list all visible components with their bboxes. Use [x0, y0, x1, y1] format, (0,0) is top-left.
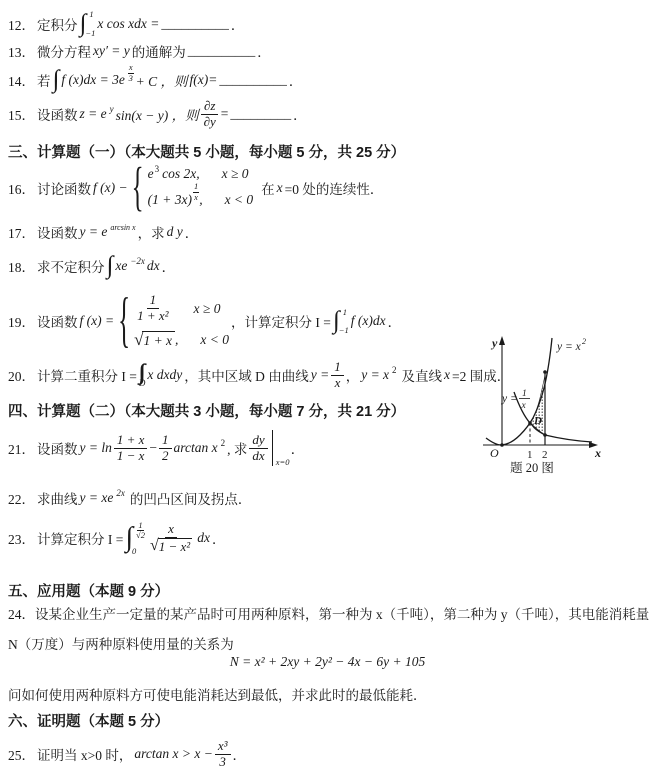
- numerator: ∂z: [201, 99, 218, 115]
- math-expression: x: [444, 367, 450, 383]
- lower-limit: 0: [132, 547, 145, 556]
- parabola-label-exponent: 2: [582, 337, 586, 346]
- intersection-point: [528, 421, 532, 425]
- question-text: 的凹凸区间及拐点．: [130, 488, 252, 508]
- period: ．: [231, 14, 245, 34]
- evaluation-bar: x=0: [272, 430, 289, 466]
- tick-2: 2: [542, 449, 548, 461]
- section-6-header: 六、证明题（本题 5 分）: [8, 710, 169, 731]
- math-expression: xe: [115, 258, 127, 274]
- question-text: 设某企业生产一定量的某产品时可用两种原料，第一种为 x（千吨），第二种为 y（千…: [8, 607, 649, 652]
- exponent: arcsin x: [110, 223, 135, 232]
- lower-limit: −1: [85, 29, 95, 38]
- hyperbola-label-numerator: 1: [522, 389, 527, 399]
- minus-sign: −: [149, 440, 157, 456]
- question-23: 23． 计算定积分 I = ∫ 1 √2 0 x √ 1 − x² dx ．: [8, 518, 225, 558]
- math-expression: (1 + 3x): [148, 192, 192, 208]
- denominator: 1 + x²: [134, 309, 171, 324]
- question-text: 求不定积分: [37, 256, 105, 276]
- question-25: 25． 证明当 x>0 时， arctan x > x − x³ 3 ．: [8, 736, 246, 772]
- origin-label: O: [490, 446, 499, 460]
- denominator: √ 1 − x²: [147, 538, 195, 555]
- question-text: 在: [261, 178, 275, 198]
- cases-brace: {: [118, 290, 130, 351]
- region-d-label: D: [533, 415, 542, 427]
- question-text: 若: [37, 70, 51, 90]
- exponent: 2: [392, 365, 397, 375]
- math-expression: dx: [197, 530, 210, 546]
- numerator: 1 + x: [114, 433, 148, 449]
- question-number: 16．: [8, 178, 35, 198]
- partial-derivative-fraction: ∂z ∂y: [201, 99, 219, 130]
- period: ．: [289, 70, 303, 90]
- upper-limit: 1: [89, 10, 95, 19]
- piecewise-cases: e 3 cos 2x, x ≥ 0 (1 + 3x) 1 x , x < 0: [148, 166, 254, 210]
- numerator: 1: [159, 433, 172, 449]
- period: ．: [293, 104, 307, 124]
- numerator: x³: [215, 739, 231, 755]
- case-expression: √ 1 + x ,: [134, 331, 178, 349]
- answer-blank: _________: [230, 106, 291, 122]
- question-text: 微分方程: [37, 41, 91, 61]
- numerator: x: [165, 522, 177, 538]
- question-number: 19．: [8, 311, 35, 331]
- period: ．: [162, 256, 176, 276]
- numerator: x: [128, 63, 134, 74]
- fraction: 1 x: [331, 360, 344, 391]
- math-expression: x cos xdx =: [97, 16, 159, 32]
- fraction: x³ 3: [215, 739, 231, 770]
- question-text: 定积分: [37, 14, 78, 34]
- question-number: 22．: [8, 488, 35, 508]
- numerator: 1: [331, 360, 344, 376]
- question-21: 21． 设函数 y = ln 1 + x 1 − x − 1 2 arctan …: [8, 428, 304, 468]
- figure-caption: 题 20 图: [510, 461, 554, 475]
- exam-paper-page: 12． 定积分 ∫ 1 −1 x cos xdx = __________ ． …: [0, 0, 655, 777]
- case-condition: x < 0: [200, 332, 229, 348]
- hyperbola-label: y =: [501, 393, 518, 405]
- math-expression: y = x: [361, 367, 389, 383]
- case-row: e 3 cos 2x, x ≥ 0: [148, 166, 254, 182]
- math-expression: y =: [311, 367, 329, 383]
- upper-limit: 1: [343, 308, 349, 317]
- section-4-header: 四、计算题（二）（本大题共 3 小题，每小题 7 分，共 21 分）: [8, 400, 405, 421]
- question-number: 13．: [8, 41, 35, 61]
- math-expression: f (x)dx: [351, 313, 386, 329]
- period: ．: [233, 744, 247, 764]
- upper-limit-denominator: √2: [136, 531, 145, 540]
- question-text: 及直线: [402, 365, 443, 385]
- evaluation-subscript: x=0: [276, 457, 290, 467]
- question-12: 12． 定积分 ∫ 1 −1 x cos xdx = __________ ．: [8, 10, 244, 37]
- exponent: 2: [221, 438, 226, 448]
- question-number: 21．: [8, 438, 35, 458]
- question-text: 设函数: [37, 104, 78, 124]
- fraction: 1 + x 1 − x: [114, 433, 148, 464]
- equals-sign: =: [221, 106, 229, 122]
- question-text: 计算二重积分 I =: [37, 365, 137, 385]
- answer-blank: __________: [219, 72, 287, 88]
- period: ．: [291, 438, 305, 458]
- origin-point: [500, 443, 504, 447]
- question-number: 24．: [8, 607, 35, 622]
- case-expression: e 3 cos 2x,: [148, 166, 200, 182]
- denominator: dx: [249, 449, 267, 464]
- y-axis-arrow: [499, 336, 505, 345]
- period: ．: [388, 311, 402, 331]
- denominator: 3: [216, 755, 229, 770]
- hyperbola-x2-point: [543, 433, 547, 437]
- exponent: y: [110, 104, 114, 114]
- fraction: x √ 1 − x²: [147, 522, 195, 555]
- integral-sign: ∫: [107, 255, 114, 276]
- math-expression: f(x)=: [189, 72, 217, 88]
- question-17: 17． 设函数 y = e arcsin x ，求 d y ．: [8, 222, 198, 242]
- math-expression: ,: [175, 332, 178, 348]
- integral-limits: 1 −1: [86, 10, 95, 37]
- math-expression: x: [277, 180, 283, 196]
- case-condition: x ≥ 0: [222, 166, 249, 182]
- case-condition: x ≥ 0: [194, 301, 221, 317]
- parabola-x2-point: [543, 370, 547, 374]
- period: ．: [257, 41, 271, 61]
- denominator: ∂y: [201, 115, 219, 130]
- x-axis-label: x: [594, 446, 601, 460]
- answer-blank: __________: [161, 16, 229, 32]
- fraction: 1 1 + x²: [134, 293, 171, 324]
- question-text: 的通解为: [132, 41, 186, 61]
- derivative-fraction: dy dx: [249, 433, 267, 464]
- math-expression: dx: [147, 258, 160, 274]
- question-13: 13． 微分方程 xy′ = y 的通解为 __________ ．: [8, 41, 271, 61]
- question-number: 15．: [8, 104, 35, 124]
- math-expression: ,: [199, 192, 202, 208]
- radicand: 1 − x²: [158, 538, 192, 555]
- case-expression: (1 + 3x) 1 x ,: [148, 189, 203, 210]
- upper-limit: 1 √2: [136, 521, 145, 541]
- math-expression: f (x) −: [93, 180, 128, 196]
- piecewise-cases: 1 1 + x² x ≥ 0 √ 1 + x , x < 0: [134, 293, 229, 349]
- case-row: √ 1 + x , x < 0: [134, 331, 229, 349]
- question-text: ，计算定积分 I =: [231, 311, 331, 331]
- math-expression: e: [148, 166, 154, 182]
- comma: ，: [346, 365, 360, 385]
- math-expression: arctan x > x −: [134, 746, 212, 762]
- question-24-followup: 问如何使用两种原料方可使电能消耗达到最低，并求此时的最低能耗．: [8, 681, 650, 711]
- question-text: 计算定积分 I =: [37, 528, 123, 548]
- denominator: x: [194, 193, 198, 203]
- numerator: 1: [147, 293, 160, 309]
- question-number: 18．: [8, 256, 35, 276]
- double-integral: ∫ ∫ D: [139, 362, 146, 389]
- math-expression: arctan x: [174, 440, 218, 456]
- hyperbola-label-denominator: x: [521, 401, 527, 411]
- question-number: 12．: [8, 14, 35, 34]
- exponent: −2x: [130, 256, 145, 266]
- math-expression: + C ，则: [136, 70, 188, 90]
- question-number: 20．: [8, 365, 35, 385]
- question-14: 14． 若 ∫ f (x)dx = 3e x 3 + C ，则 f(x)= __…: [8, 64, 302, 96]
- exponent-fraction: 1 x: [193, 182, 199, 203]
- case-row: 1 1 + x² x ≥ 0: [134, 293, 229, 324]
- y-axis-label: y: [490, 336, 498, 350]
- question-text: 设函数: [37, 311, 78, 331]
- question-24-formula: N = x² + 2xy + 2y² − 4x − 6y + 105: [0, 654, 655, 670]
- question-text: 讨论函数: [37, 178, 91, 198]
- question-text: 求曲线: [37, 488, 78, 508]
- question-16: 16． 讨论函数 f (x) − { e 3 cos 2x, x ≥ 0 (1 …: [8, 160, 383, 216]
- question-text: 设函数: [37, 438, 78, 458]
- cases-brace: {: [132, 161, 144, 215]
- math-expression: f (x) =: [80, 313, 115, 329]
- radicand: 1 + x: [142, 331, 175, 349]
- period: ．: [185, 222, 199, 242]
- denominator: 3: [129, 74, 133, 84]
- integral-limits: 1 √2 0: [133, 521, 145, 555]
- question-15: 15． 设函数 z = e y sin(x − y) ，则 ∂z ∂y = __…: [8, 98, 307, 130]
- math-expression: y = ln: [80, 440, 112, 456]
- tick-1: 1: [527, 449, 533, 461]
- square-root: √ 1 + x: [134, 331, 175, 349]
- domain-subscript: D: [139, 379, 146, 388]
- numerator: dy: [249, 433, 267, 449]
- math-expression: y = xe: [80, 490, 114, 506]
- exponent-fraction: x 3: [128, 63, 134, 84]
- question-text: 设函数: [37, 222, 78, 242]
- question-20: 20． 计算二重积分 I = ∫ ∫ D x dxdy ，其中区域 D 由曲线 …: [8, 358, 510, 392]
- math-expression: sin(x − y) ，则: [116, 104, 199, 124]
- math-expression: cos 2x,: [162, 166, 200, 182]
- section-5-header: 五、应用题（本题 9 分）: [8, 580, 169, 601]
- question-text: =0 处的连续性．: [285, 178, 384, 198]
- denominator: 2: [159, 449, 172, 464]
- question-number: 23．: [8, 528, 35, 548]
- denominator: x: [332, 376, 344, 391]
- hyperbola-curve: [514, 392, 592, 442]
- lower-limit: −1: [339, 326, 349, 335]
- exponent: 3: [155, 164, 160, 174]
- question-number: 14．: [8, 70, 35, 90]
- section-3-header: 三、计算题（一）（本大题共 5 小题，每小题 5 分，共 25 分）: [8, 141, 405, 162]
- question-text: 证明当 x>0 时，: [37, 744, 132, 764]
- integral-sign: ∫: [53, 69, 60, 90]
- question-19: 19． 设函数 f (x) = { 1 1 + x² x ≥ 0 √ 1 + x…: [8, 292, 401, 350]
- math-expression: xy′ = y: [93, 43, 130, 59]
- figure-q20: y x O 1 2 y = x 2 y = 1 x D 题 20 图: [478, 330, 628, 478]
- question-18: 18． 求不定积分 ∫ xe −2x dx ．: [8, 252, 175, 280]
- denominator: 1 − x: [114, 449, 148, 464]
- question-24-paragraph: 24．设某企业生产一定量的某产品时可用两种原料，第一种为 x（千吨），第二种为 …: [8, 600, 650, 660]
- question-22: 22． 求曲线 y = xe 2x 的凹凸区间及拐点．: [8, 488, 251, 508]
- answer-blank: __________: [188, 43, 256, 59]
- math-expression: f (x)dx = 3e: [61, 72, 124, 88]
- math-expression: z = e: [80, 106, 107, 122]
- question-text: , 求: [227, 438, 247, 458]
- fraction: 1 2: [159, 433, 172, 464]
- exponent: 2x: [116, 488, 125, 498]
- case-condition: x < 0: [225, 192, 254, 208]
- period: ．: [212, 528, 226, 548]
- question-number: 17．: [8, 222, 35, 242]
- case-row: (1 + 3x) 1 x , x < 0: [148, 189, 254, 210]
- math-expression: x dxdy: [147, 367, 182, 383]
- question-text: ，求: [138, 222, 165, 242]
- question-text: ，其中区域 D 由曲线: [184, 365, 309, 385]
- math-expression: d y: [167, 224, 183, 240]
- integral-limits: 1 −1: [340, 308, 349, 335]
- question-number: 25．: [8, 744, 35, 764]
- parabola-label: y = x: [556, 341, 582, 353]
- math-expression: y = e: [80, 224, 108, 240]
